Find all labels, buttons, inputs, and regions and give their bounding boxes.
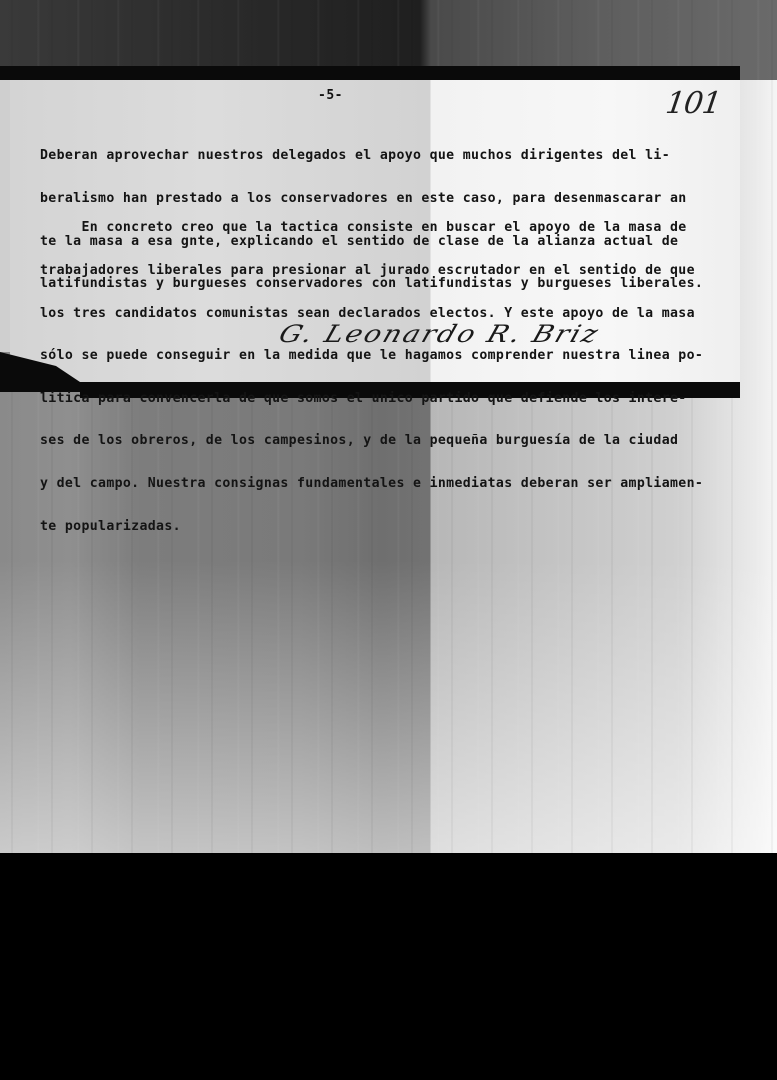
text-line: trabajadores liberales para presionar al… (40, 264, 703, 278)
page-marker: -5- (318, 88, 343, 103)
text-line: litica para convencerla de que somos el … (40, 392, 703, 406)
scan-black-border (0, 853, 777, 1080)
text-line: Deberan aprovechar nuestros delegados el… (40, 149, 703, 163)
text-line: ses de los obreros, de los campesinos, y… (40, 434, 703, 448)
paragraph-2: En concreto creo que la tactica consiste… (40, 193, 703, 548)
frame-bottom-fade (0, 560, 777, 853)
text-line: sólo se puede conseguir en la medida que… (40, 349, 703, 363)
text-line: te popularizadas. (40, 520, 703, 534)
folio-number: 101 (664, 86, 723, 121)
handwritten-signature: G. Leonardo R. Briz (275, 320, 603, 348)
text-line: En concreto creo que la tactica consiste… (40, 221, 703, 235)
text-line: los tres candidatos comunistas sean decl… (40, 307, 703, 321)
text-line: y del campo. Nuestra consignas fundament… (40, 477, 703, 491)
